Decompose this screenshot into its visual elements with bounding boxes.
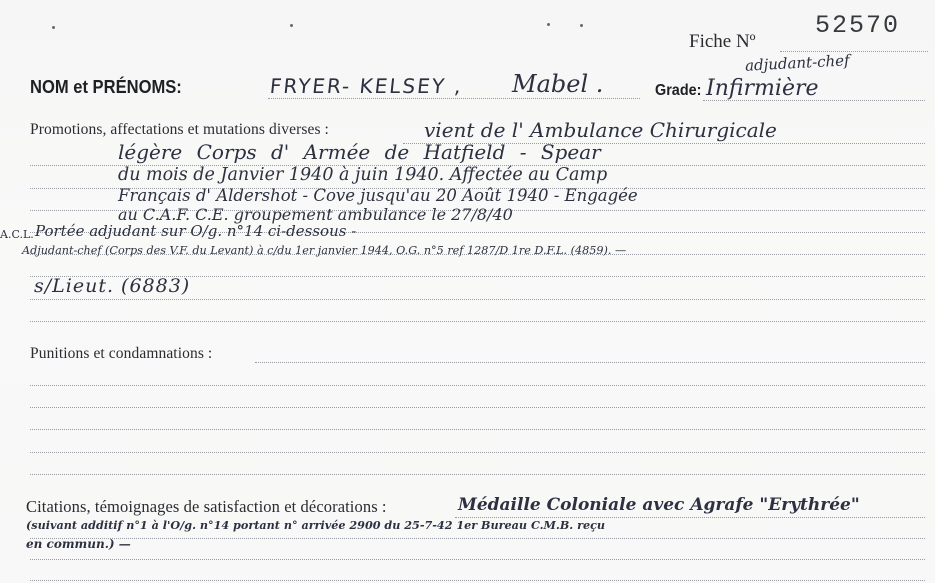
given-name-value: Mabel . [512, 70, 603, 98]
citations-line-2: (suivant additif n°1 à l'O/g. n°14 porta… [26, 518, 605, 532]
identity-underline [268, 98, 640, 99]
grade-value: Infirmière [706, 76, 819, 101]
scan-speck [290, 24, 293, 27]
ruled-line [30, 385, 925, 386]
ruled-line [30, 474, 925, 475]
ruled-line [30, 452, 925, 453]
fiche-number: 52570 [815, 11, 900, 40]
fiche-underline [780, 51, 928, 52]
citations-label: Citations, témoignages de satisfaction e… [26, 497, 387, 517]
personnel-record-card: Fiche Nº 52570 NOM et PRÉNOMS: FRYER- KE… [0, 0, 935, 583]
promotions-line-3: du mois de Janvier 1940 à juin 1940. Aff… [118, 165, 607, 185]
ruled-line [30, 559, 925, 560]
citations-line-1: Médaille Coloniale avec Agrafe "Erythrée… [458, 495, 860, 515]
surname-value: FRYER- KELSEY , [269, 74, 464, 98]
ruled-line [255, 362, 925, 363]
fiche-label: Fiche Nº [689, 31, 756, 53]
scan-speck [52, 26, 55, 29]
ruled-line [30, 538, 925, 539]
margin-note: A.C.L. [0, 228, 34, 241]
promotions-line-6: Portée adjudant sur O/g. n°14 ci-dessous… [35, 222, 356, 240]
promotions-line-8: s/Lieut. (6883) [34, 275, 190, 297]
promotions-line-7: Adjudant-chef (Corps des V.F. du Levant)… [22, 244, 626, 257]
ruled-line [30, 321, 925, 322]
ruled-line [30, 429, 925, 430]
ruled-line [30, 407, 925, 408]
promotions-line-1: vient de l' Ambulance Chirurgicale [424, 118, 777, 142]
scan-speck [580, 24, 583, 27]
scan-speck [547, 23, 550, 26]
grade-underline [703, 100, 925, 101]
promotions-line-4: Français d' Aldershot - Cove jusqu'au 20… [118, 186, 638, 205]
promotions-label: Promotions, affectations et mutations di… [30, 121, 329, 139]
identity-label: NOM et PRÉNOMS: [30, 77, 182, 98]
punitions-label: Punitions et condamnations : [30, 345, 212, 363]
grade-annotation: adjudant-chef [745, 51, 850, 74]
grade-label: Grade: [655, 82, 701, 100]
promotions-line-2: légère Corps d' Armée de Hatfield - Spea… [118, 140, 601, 164]
citations-line-3: en commun.) — [26, 537, 131, 551]
ruled-line [30, 580, 925, 581]
ruled-line [30, 299, 925, 300]
